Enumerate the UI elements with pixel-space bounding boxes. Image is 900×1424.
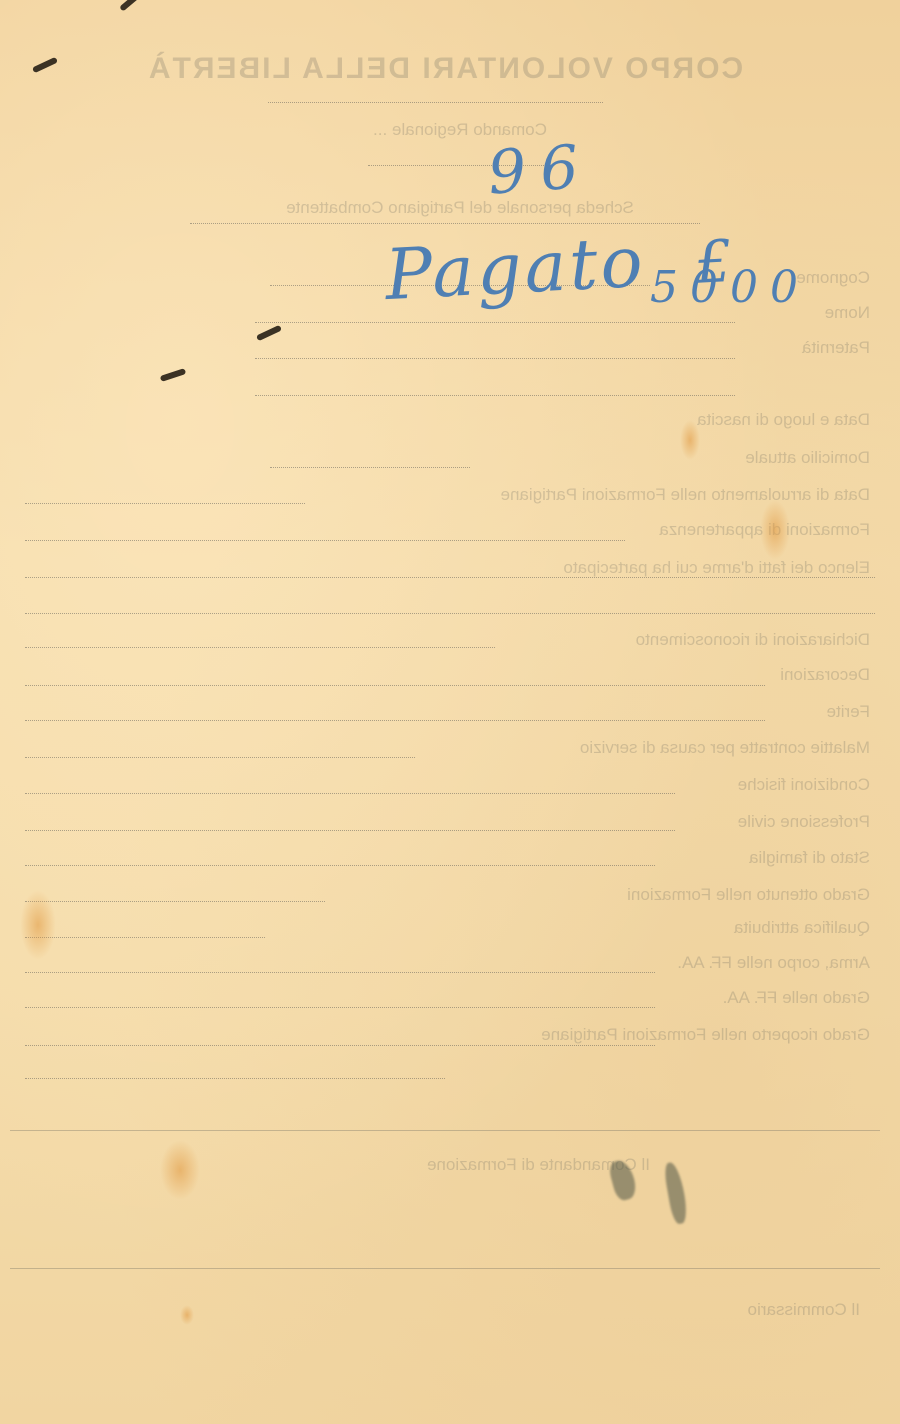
pen-mark [32,57,58,73]
bleed-line: Arma, corpo nelle FF. AA. [677,953,870,973]
rule [25,1045,655,1046]
bleed-line: Grado ottenuto nelle Formazioni [627,885,870,905]
foxing-stain [160,1140,200,1200]
bleed-line: Nome [825,303,870,323]
rule [25,647,495,648]
foxing-stain [180,1305,194,1325]
rule [268,102,603,103]
bleed-line: Elenco dei fatti d'arme cui ha partecipa… [563,558,870,578]
bleed-line: Domicilio attuale [745,448,870,468]
bleed-line: Stato di famiglia [749,848,870,868]
rule [25,1007,655,1008]
paid-word: Pagato [383,221,647,317]
handwritten-amount: 5000 [650,262,810,313]
rule [25,830,675,831]
rule [25,793,675,794]
rule [255,358,735,359]
bleed-line: Professione civile [738,812,870,832]
bleed-line: Qualifica attribuita [734,918,870,938]
bleed-line: Il Commissario [748,1300,860,1320]
bleed-line: Grado ricoperto nelle Formazioni Partigi… [541,1025,870,1045]
bleed-line: Condizioni fisiche [738,775,870,795]
rule [25,720,765,721]
rule [25,937,265,938]
document-page: CORPO VOLONTARI DELLA LIBERTÀ Comando Re… [0,0,900,1424]
rule [270,467,470,468]
bleed-title: CORPO VOLONTARI DELLA LIBERTÀ [50,52,840,86]
rule [10,1130,880,1131]
pen-mark [119,0,143,12]
rule [25,901,325,902]
bleed-line: Dichiarazioni di riconoscimento [636,630,870,650]
bleed-line: Data e luogo di nascita [697,410,870,430]
bleed-line: Comando Regionale ... [110,120,810,140]
rule [25,865,655,866]
rule [10,1268,880,1269]
bleed-line: Data di arruolamento nelle Formazioni Pa… [501,485,870,505]
bleed-through-text: CORPO VOLONTARI DELLA LIBERTÀ Comando Re… [0,0,900,1424]
rule [25,577,875,578]
rule [25,685,765,686]
bleed-line: Paternità [802,338,870,358]
rule [25,972,655,973]
rule [25,613,875,614]
rule [25,757,415,758]
ink-smudge [663,1161,690,1225]
bleed-line: Ferite [827,702,870,722]
bleed-line: Scheda personale del Partigiano Combatte… [110,198,810,218]
bleed-line: Grado nelle FF. AA. [723,988,870,1008]
bleed-line: Malattie contratte per causa di servizio [580,738,870,758]
ink-smudge [607,1158,639,1202]
pen-mark [160,368,187,382]
rule [25,540,625,541]
rule [25,503,305,504]
foxing-stain [680,420,700,460]
rule [25,1078,445,1079]
pen-mark [256,325,282,341]
bleed-line: Decorazioni [780,665,870,685]
rule [255,322,735,323]
foxing-stain [760,500,790,560]
foxing-stain [20,890,56,960]
rule [255,395,735,396]
handwritten-number: 96 [486,131,595,208]
